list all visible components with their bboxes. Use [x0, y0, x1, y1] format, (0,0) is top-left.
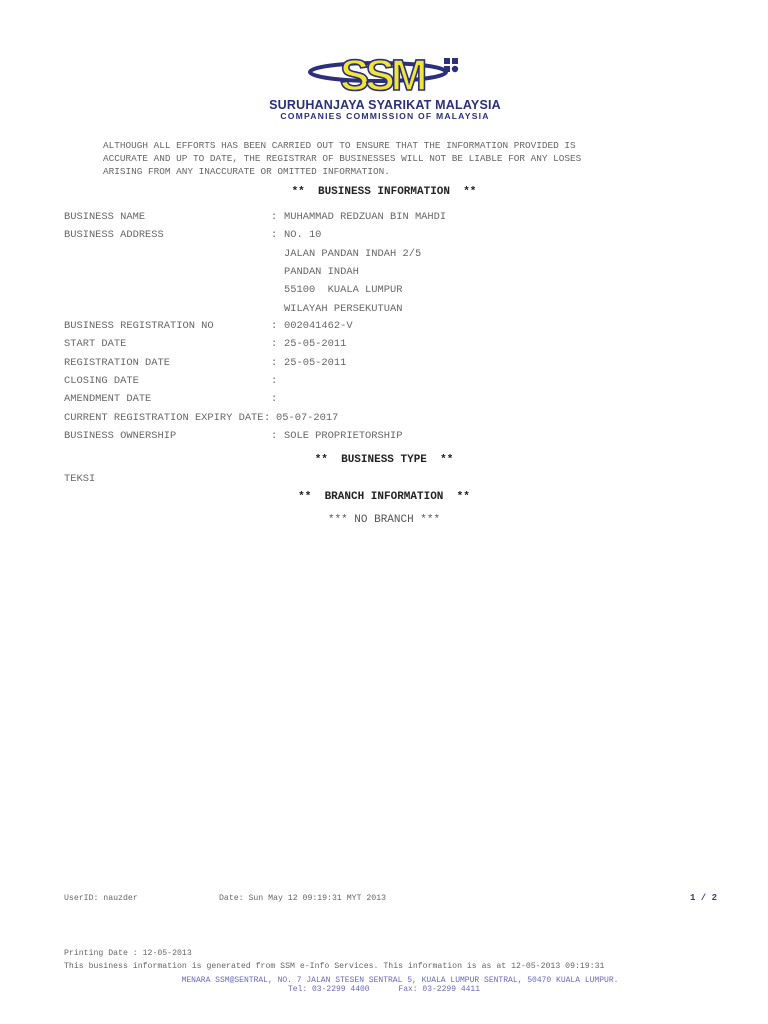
user-id: UserID: nauzder [64, 894, 138, 903]
no-branch-text: *** NO BRANCH *** [0, 514, 768, 526]
business-name-row: BUSINESS NAME : MUHAMMAD REDZUAN BIN MAH… [64, 208, 76, 226]
amendment-date-row: AMENDMENT DATE : [64, 390, 76, 408]
office-contact: Tel: 03-2299 4400 Fax: 03-2299 4411 [0, 985, 768, 994]
ssm-logo-mark-icon: SSM [308, 48, 468, 100]
expiry-date-row: CURRENT REGISTRATION EXPIRY DATE : 05-07… [64, 409, 76, 427]
logo-title: SURUHANJAYA SYARIKAT MALAYSIA [258, 98, 512, 112]
registration-no-row: BUSINESS REGISTRATION NO : 002041462-V [64, 317, 76, 335]
address-line: NO. 10 [284, 226, 321, 244]
address-line: JALAN PANDAN INDAH 2/5 [284, 248, 421, 260]
start-date-row: START DATE : 25-05-2011 [64, 335, 76, 353]
business-information-heading: ** BUSINESS INFORMATION ** [0, 186, 768, 198]
business-address-row: BUSINESS ADDRESS : NO. 10 [64, 226, 76, 244]
registration-date-row: REGISTRATION DATE : 25-05-2011 [64, 354, 76, 372]
logo-subtitle: COMPANIES COMMISSION OF MALAYSIA [258, 111, 512, 121]
generated-notice: This business information is generated f… [64, 962, 604, 971]
closing-date-row: CLOSING DATE : [64, 372, 76, 390]
disclaimer: ALTHOUGH ALL EFFORTS HAS BEEN CARRIED OU… [103, 139, 663, 178]
address-line: 55100 KUALA LUMPUR [284, 284, 402, 296]
address-line: WILAYAH PERSEKUTUAN [284, 303, 402, 315]
business-name-value: MUHAMMAD REDZUAN BIN MAHDI [284, 208, 446, 226]
printing-date: Printing Date : 12-05-2013 [64, 949, 192, 958]
ownership-row: BUSINESS OWNERSHIP : SOLE PROPRIETORSHIP [64, 427, 76, 445]
field-label: BUSINESS NAME [64, 208, 145, 226]
business-type-heading: ** BUSINESS TYPE ** [0, 454, 768, 466]
branch-information-heading: ** BRANCH INFORMATION ** [0, 491, 768, 503]
field-label: BUSINESS ADDRESS [64, 226, 164, 244]
address-line: PANDAN INDAH [284, 266, 359, 278]
business-type-value: TEKSI [64, 473, 95, 485]
office-address: MENARA SSM@SENTRAL, NO. 7 JALAN STESEN S… [0, 976, 768, 985]
print-timestamp: Date: Sun May 12 09:19:31 MYT 2013 [219, 894, 386, 903]
svg-text:SSM: SSM [340, 51, 425, 100]
ssm-logo: SSM SURUHANJAYA SYARIKAT MALAYSIA COMPAN… [258, 48, 512, 124]
page-number: 1 / 2 [690, 893, 717, 903]
